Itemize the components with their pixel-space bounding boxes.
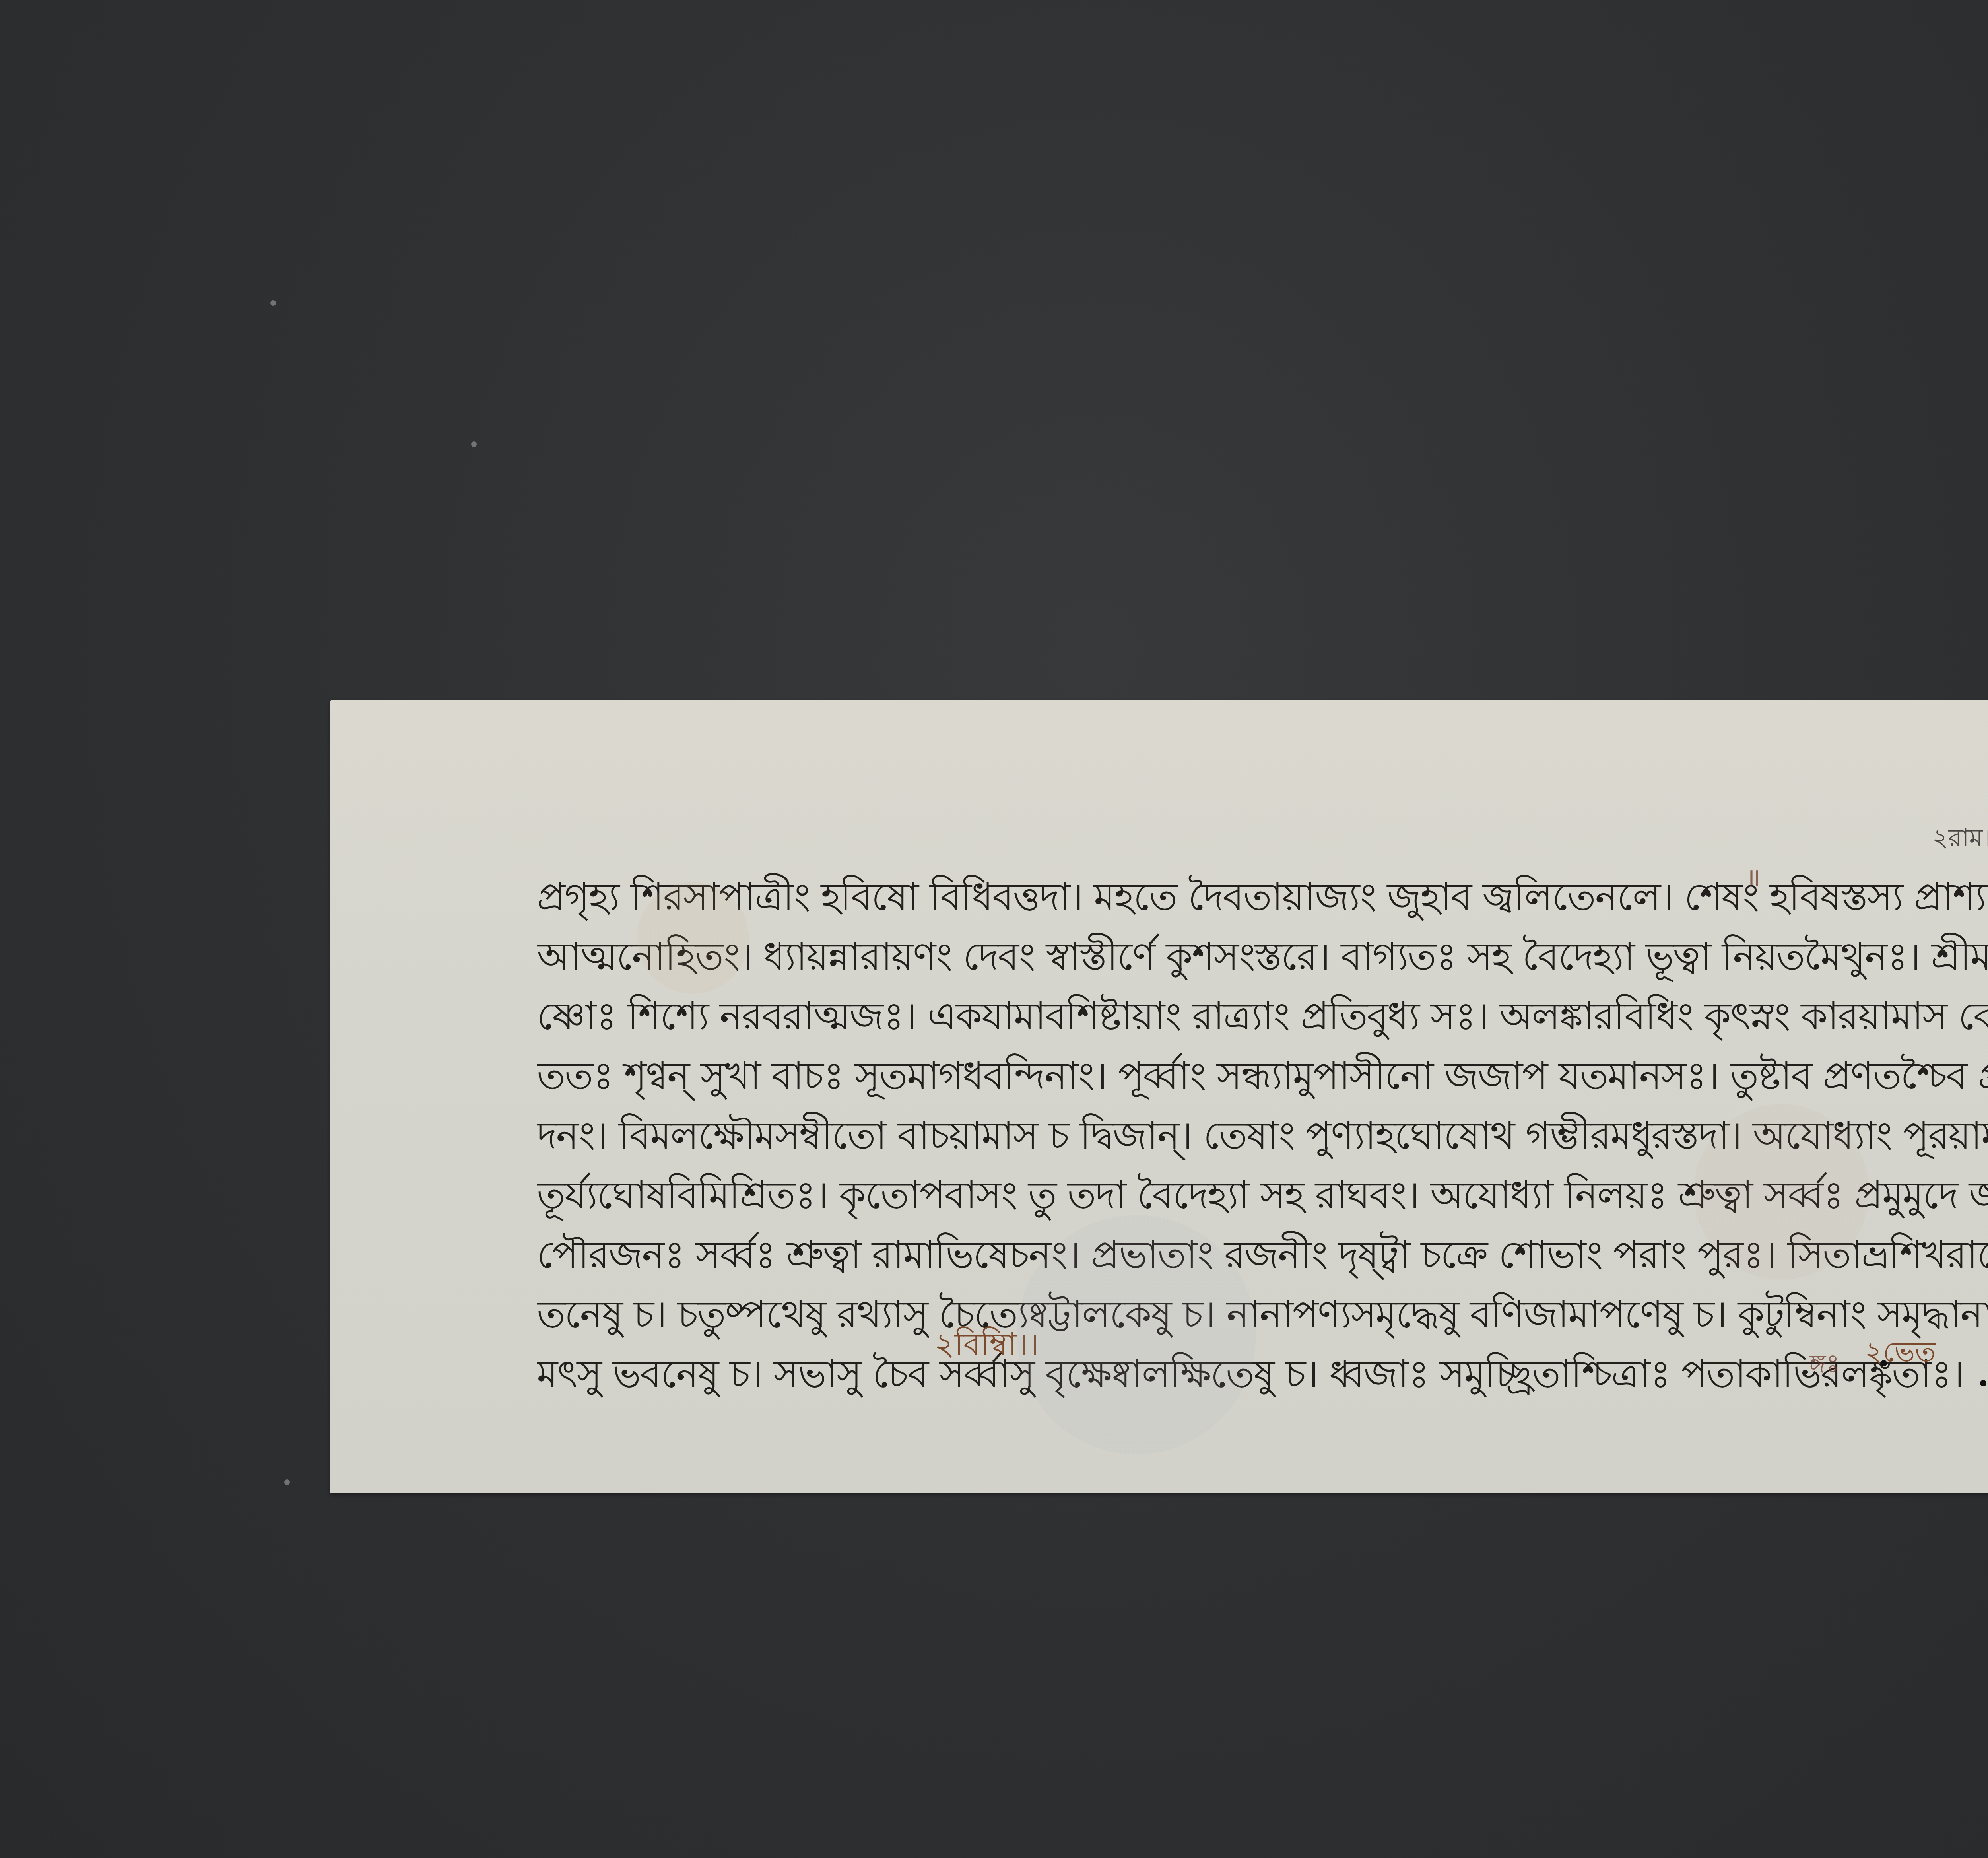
text-line-2: আত্মনোহিতং। ধ্যায়ন্নারায়ণং দেবং স্বাস্…	[537, 927, 1988, 986]
top-margin-note: ২রাম।	[1932, 819, 1988, 860]
manuscript-folio: [. [ ২রাম। ॥ প্রগৃহ্য শিরসাপাত্রীং হবিষো…	[330, 700, 1988, 1493]
text-line-9: মৎসু ভবনেষু চ। সভাসু চৈব সর্ব্বাসু বৃক্ষ…	[537, 1344, 1988, 1404]
worm-hole	[1980, 1380, 1986, 1386]
manuscript-text: প্রগৃহ্য শিরসাপাত্রীং হবিষো বিধিবত্তদা। …	[537, 867, 1988, 1404]
text-line-5: দনং। বিমলক্ষৌমসম্বীতো বাচয়ামাস চ দ্বিজা…	[537, 1106, 1988, 1165]
text-line-7: পৌরজনঃ সর্ব্বঃ শ্রুত্বা রামাভিষেচনং। প্র…	[537, 1225, 1988, 1285]
worm-hole	[1881, 1360, 1887, 1366]
mount-speck	[284, 1479, 290, 1485]
bottom-right-marginal-note: ২ভেত	[1865, 1330, 1936, 1377]
mount-speck	[471, 441, 477, 447]
text-line-1: প্রগৃহ্য শিরসাপাত্রীং হবিষো বিধিবত্তদা। …	[537, 867, 1988, 927]
text-line-4: ততঃ শৃণ্বন্ সুখা বাচঃ সূতমাগধবন্দিনাং। প…	[537, 1046, 1988, 1106]
bottom-right-stain: ঙ্গঃ	[1809, 1344, 1840, 1387]
text-line-8: তনেষু চ। চতুষ্পথেষু রথ্যাসু চৈত্যেষ্বট্ট…	[537, 1285, 1988, 1344]
text-line-3: ষ্ণোঃ শিশ্যে নরবরাত্মজঃ। একযামাবশিষ্টায়…	[537, 986, 1988, 1046]
bottom-left-marginal-note: ২বিম্বিা।।	[934, 1320, 1039, 1372]
mount-speck	[270, 300, 276, 306]
text-line-6: তূর্য্যঘোষবিমিশ্রিতঃ। কৃতোপবাসং তু তদা ব…	[537, 1165, 1988, 1225]
